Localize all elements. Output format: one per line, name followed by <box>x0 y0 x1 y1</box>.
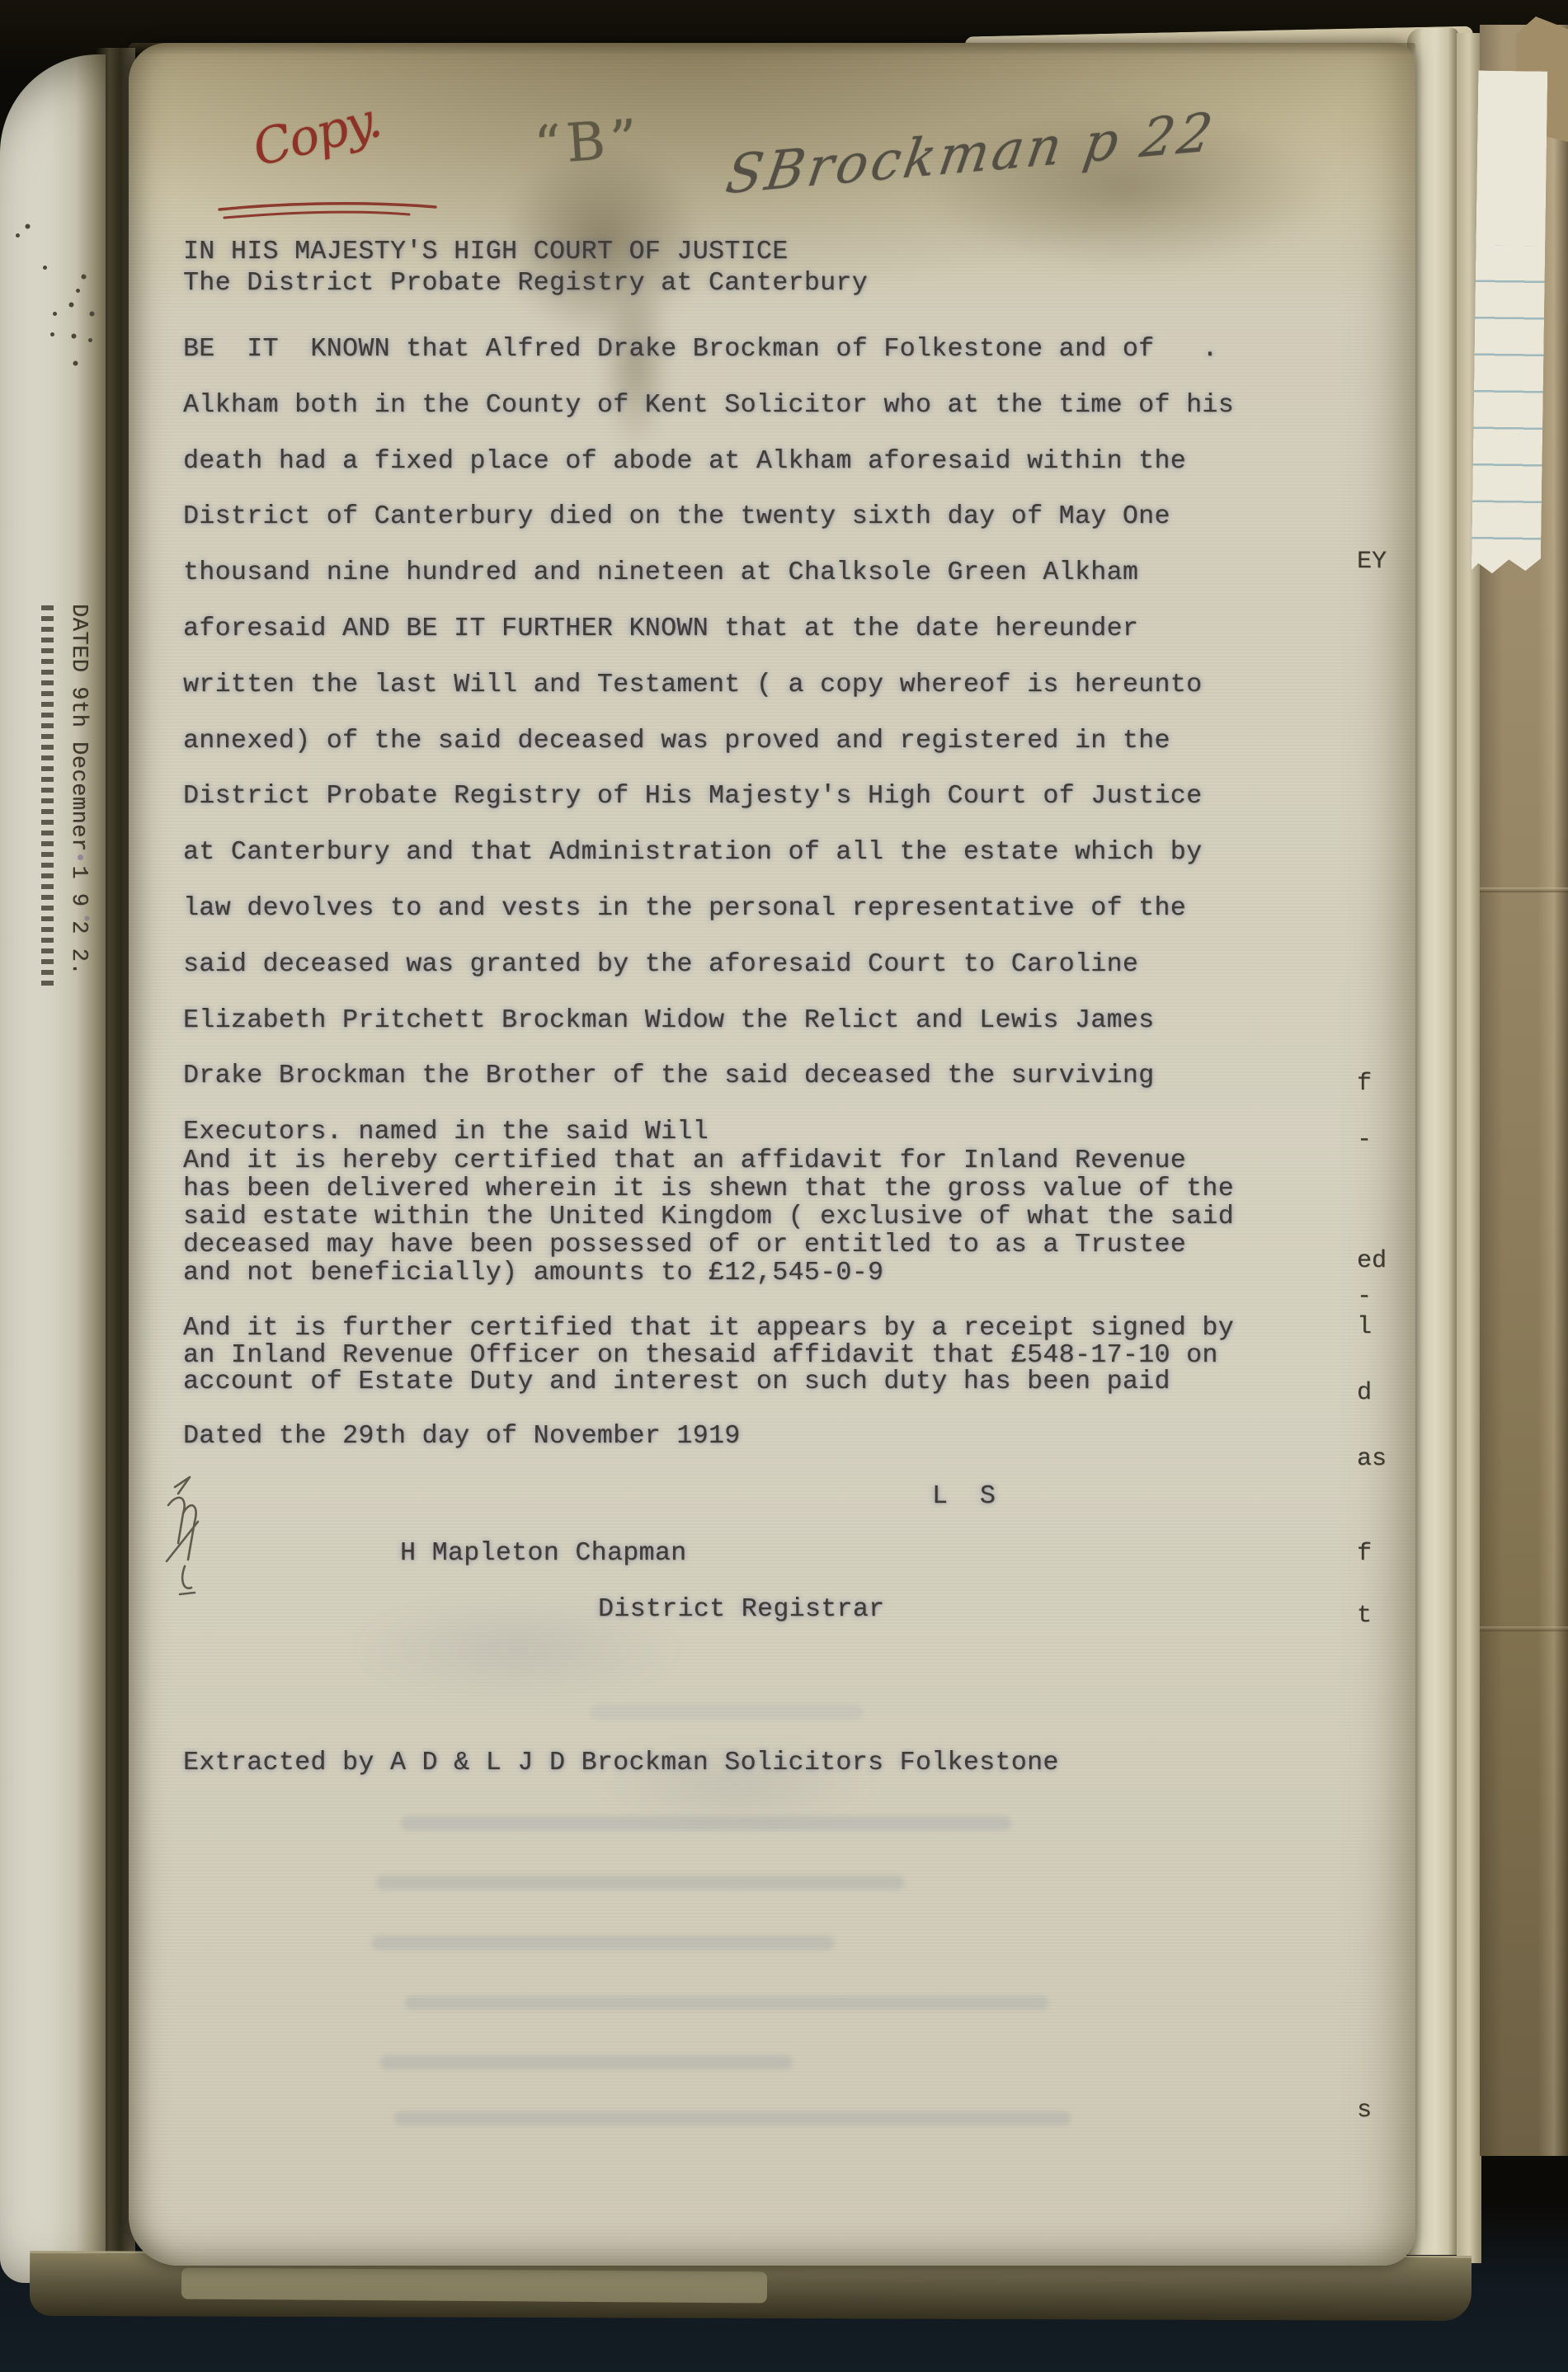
scrawl-annotation: SBrockman p 22 <box>722 101 1219 206</box>
bleedthrough-line <box>405 1996 1048 2010</box>
page-top-curl <box>129 43 1415 55</box>
lined-paper-slip <box>1471 70 1548 576</box>
court-heading: IN HIS MAJESTY'S HIGH COURT OF JUSTICE T… <box>183 237 868 299</box>
docket-date-label: DATED 9th Decemner 1 9 2 2. <box>66 604 91 976</box>
dated-line: Dated the 29th day of November 1919 <box>183 1422 741 1451</box>
extracted-line: Extracted by A D & L J D Brockman Solici… <box>183 1748 1059 1777</box>
cover-crease <box>1480 887 1568 892</box>
registrar-name: H Mapleton Chapman <box>400 1539 686 1568</box>
registrar-title: District Registrar <box>598 1595 884 1624</box>
bleed-fragment: f <box>1357 1540 1372 1568</box>
bleedthrough-line <box>401 1816 1011 1830</box>
copy-underline <box>216 196 442 223</box>
ink-specks <box>0 54 2 57</box>
slip-ruled-lines <box>1471 245 1546 576</box>
bleed-fragment: - <box>1357 1126 1372 1154</box>
bleed-fragment: f <box>1357 1070 1372 1098</box>
grant-paragraph: BE IT KNOWN that Alfred Drake Brockman o… <box>183 322 1234 1160</box>
cover-crease <box>1480 1626 1568 1631</box>
bleedthrough-line <box>376 1875 904 1890</box>
receipt-paragraph: And it is further certified that it appe… <box>183 1315 1234 1396</box>
bleed-fragment: l <box>1357 1313 1372 1341</box>
bleed-fragment: as <box>1357 1445 1387 1473</box>
bleed-fragment: s <box>1357 2097 1372 2125</box>
bleedthrough-line <box>372 1936 834 1950</box>
bleedthrough-line <box>591 1705 863 1719</box>
bleedthrough-line <box>380 2055 793 2069</box>
bleedthrough-line <box>394 2111 1071 2125</box>
bottom-page-edges-light <box>181 2268 767 2304</box>
bleed-fragment: EY <box>1357 548 1387 576</box>
bleed-fragment: - <box>1357 1282 1372 1311</box>
bleed-fragment: d <box>1357 1379 1372 1407</box>
photo-stage: DATED 9th Decemner 1 9 2 2. Copy. “B” SB… <box>0 0 1568 2372</box>
bleed-fragment: ed <box>1357 1247 1387 1275</box>
facing-page: DATED 9th Decemner 1 9 2 2. <box>0 54 106 2283</box>
copy-annotation: Copy. <box>247 91 386 178</box>
bleed-fragment: t <box>1357 1602 1372 1630</box>
seal-mark: L S <box>932 1482 996 1511</box>
affidavit-paragraph: And it is hereby certified that an affid… <box>183 1147 1234 1287</box>
registrar-initials-mark <box>162 1474 211 1606</box>
probate-document-page: Copy. “B” SBrockman p 22 IN HIS MAJESTY'… <box>129 43 1415 2266</box>
docket-dashed-line <box>41 605 54 991</box>
exhibit-letter: “B” <box>533 109 644 177</box>
